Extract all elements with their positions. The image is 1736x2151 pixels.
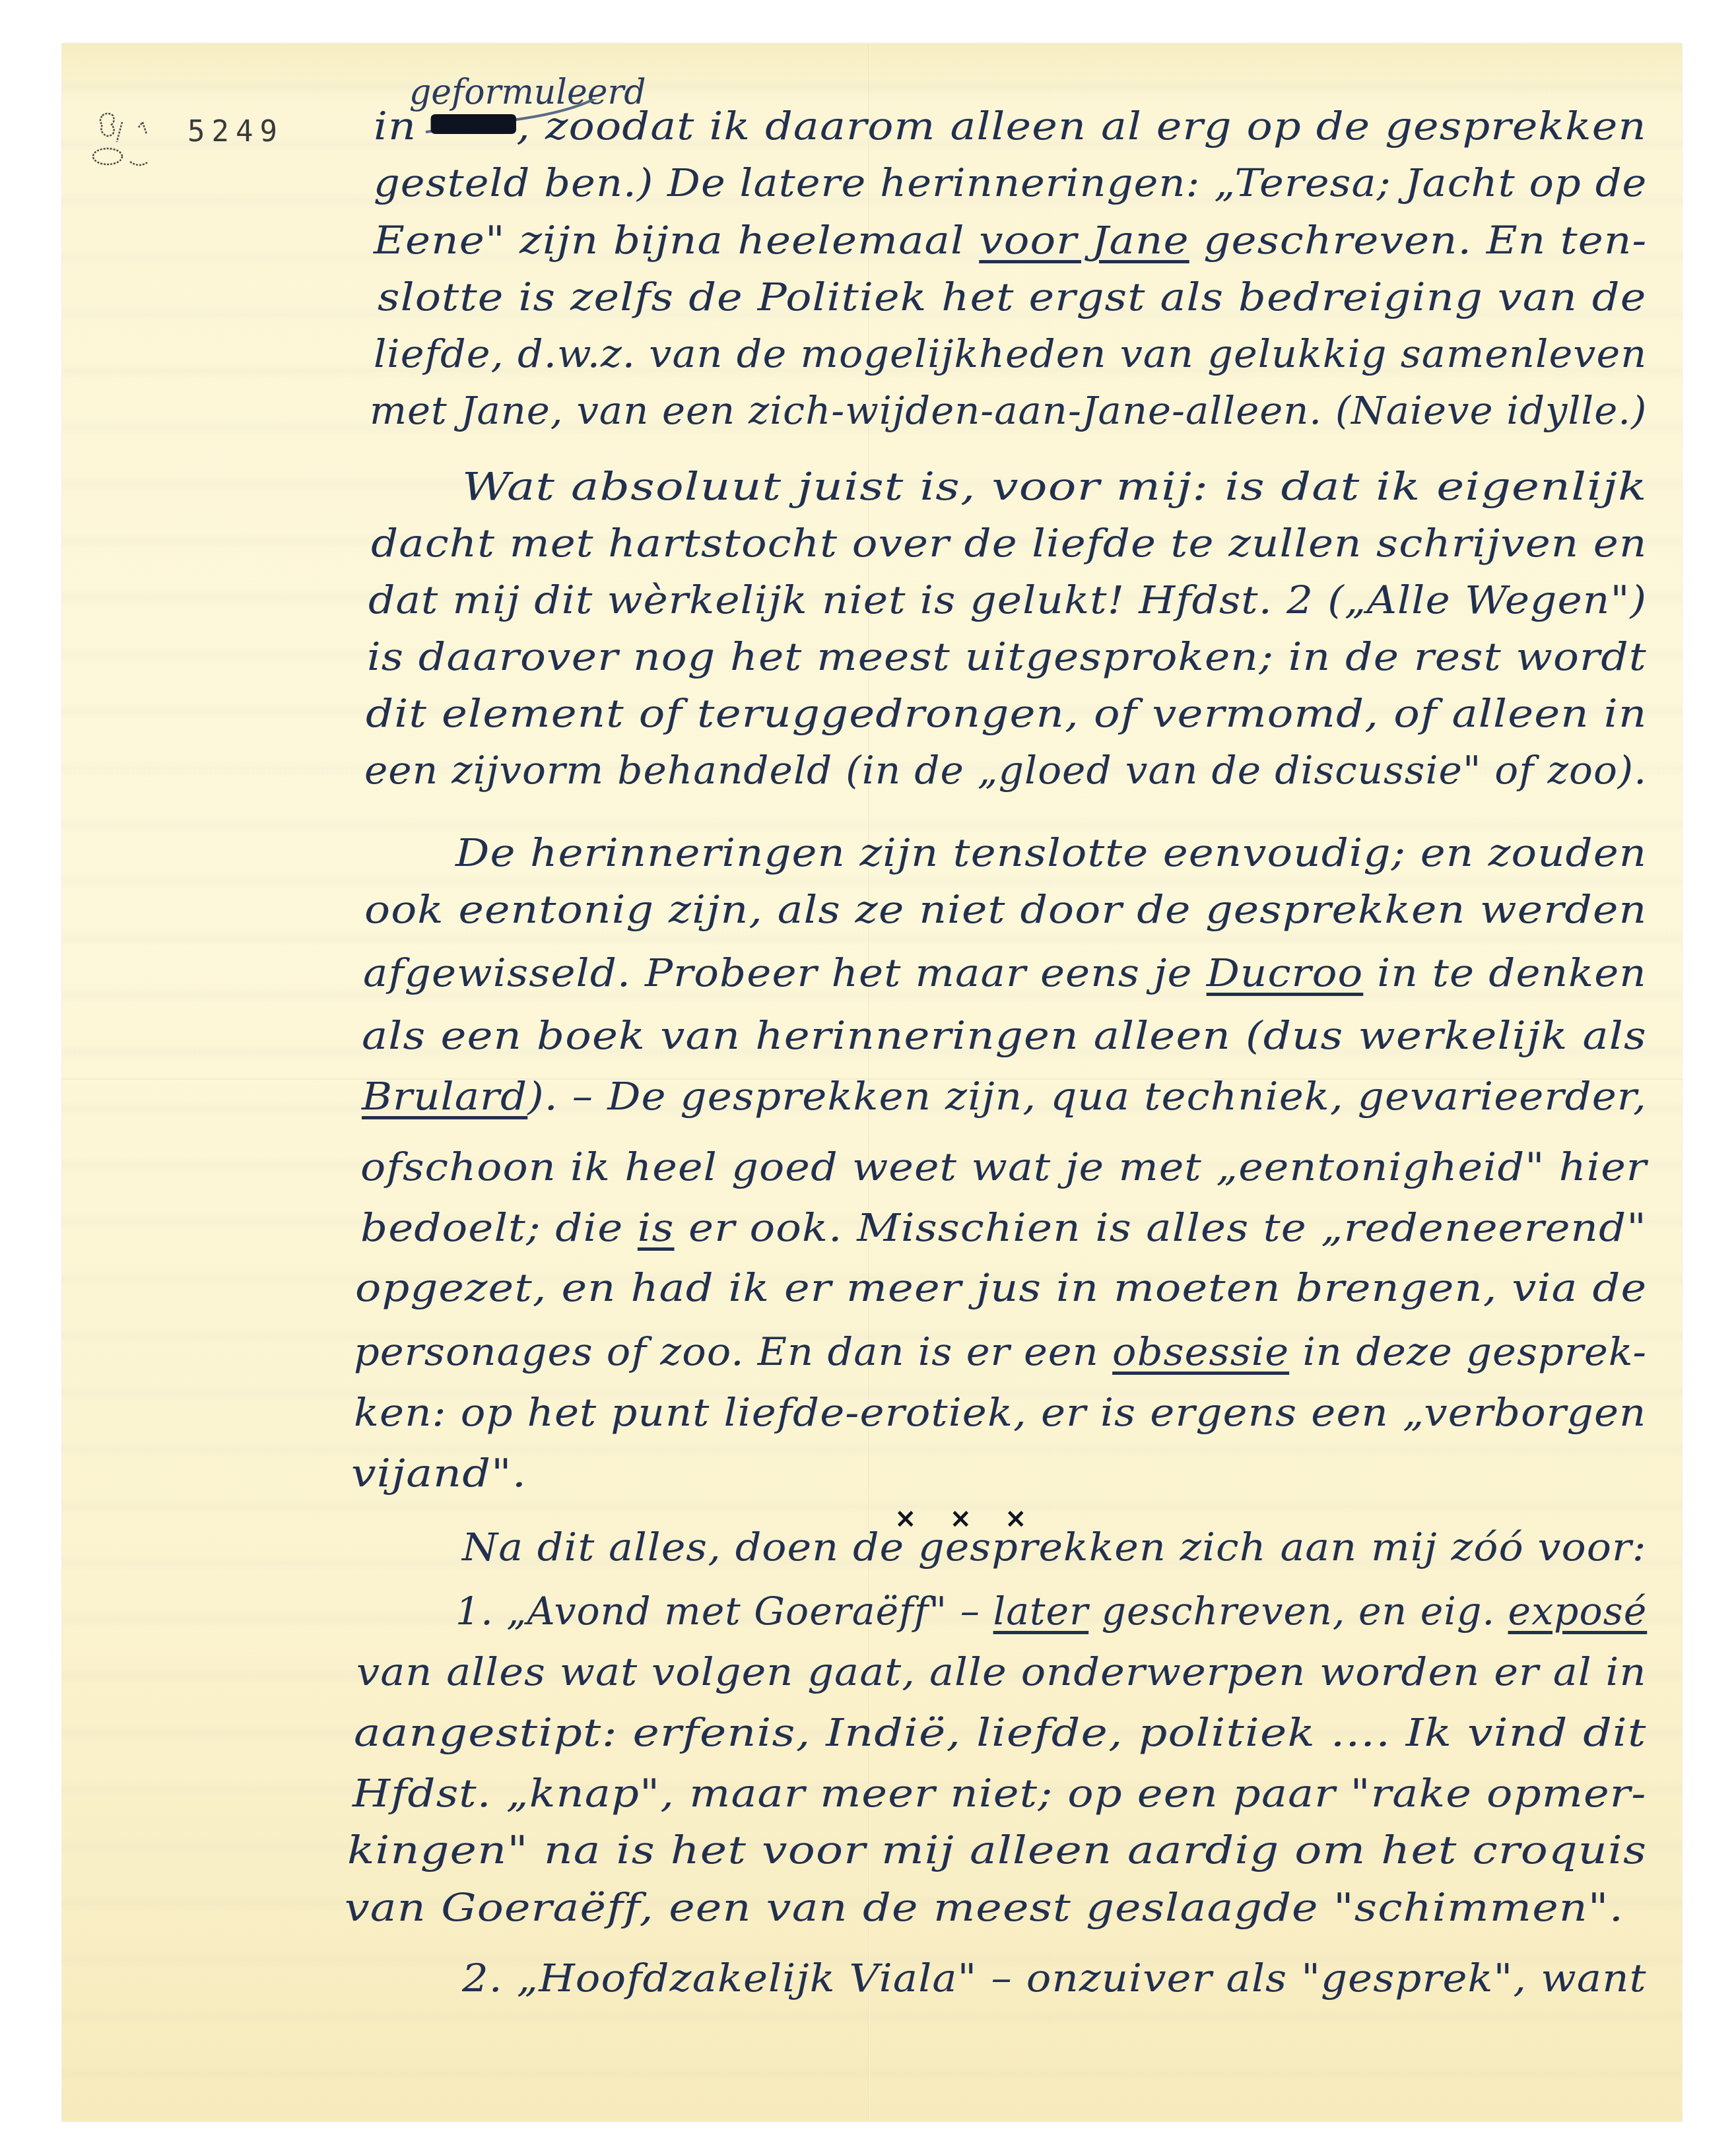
text-line-29: kingen" na is het voor mij alleen aardig…	[347, 1831, 1647, 1869]
lion-emblem-stamp-icon	[89, 109, 165, 175]
text-line-2: gesteld ben.) De latere herinneringen: „…	[374, 164, 1647, 202]
text-line-18: ofschoon ik heel goed weet wat je met „e…	[360, 1148, 1647, 1186]
text-line-30: van Goeraëff, een van de meest geslaagde…	[345, 1888, 1624, 1927]
text-line-16: als een boek van herinneringen alleen (d…	[362, 1016, 1647, 1055]
text-line-31: 2. „Hoofdzakelijk Viala" – onzuiver als …	[462, 1959, 1647, 1997]
text-line-23: vijand".	[351, 1454, 527, 1492]
text-line-3: Eene" zijn bijna heelemaal voor Jane ges…	[374, 221, 1647, 259]
text-line-13: De herinneringen zijn tenslotte eenvoudi…	[455, 834, 1647, 872]
text-line-21: personages of zoo. En dan is er een obse…	[354, 1333, 1647, 1371]
archive-number: 5249	[187, 117, 284, 147]
text-line-4: slotte is zelfs de Politiek het ergst al…	[378, 278, 1647, 316]
text-line-28: Hfdst. „knap", maar meer niet; op een pa…	[352, 1774, 1646, 1812]
text-line-24: Na dit alles, doen de gesprekken zich aa…	[462, 1528, 1647, 1566]
text-line-7: Wat absoluut juist is, voor mij: is dat …	[462, 467, 1647, 506]
text-line-26: van alles wat volgen gaat, alle onderwer…	[356, 1653, 1647, 1691]
text-line-12: een zijvorm behandeld (in de „gloed van …	[364, 751, 1647, 789]
text-line-6: met Jane, van een zich-wijden-aan-Jane-a…	[370, 391, 1647, 430]
text-line-9: dat mij dit wèrkelijk niet is gelukt! Hf…	[368, 581, 1647, 619]
text-line-1: in , zoodat ik daarom alleen al erg op d…	[374, 107, 1647, 145]
text-line-5: liefde, d.w.z. van de mogelijkheden van …	[374, 335, 1647, 373]
text-line-15: afgewisseld. Probeer het maar eens je Du…	[363, 954, 1647, 992]
text-line-20: opgezet, en had ik er meer jus in moeten…	[355, 1269, 1647, 1307]
struck-out-word	[431, 114, 516, 134]
text-line-19: bedoelt; die is er ook. Misschien is all…	[360, 1208, 1647, 1247]
text-line-25: 1. „Avond met Goeraëff" – later geschrev…	[455, 1592, 1647, 1630]
text-line-14: ook eentonig zijn, als ze niet door de g…	[364, 890, 1647, 929]
text-line-11: dit element of teruggedrongen, of vermom…	[366, 694, 1647, 733]
text-line-22: ken: op het punt liefde-erotiek, er is e…	[354, 1393, 1647, 1432]
text-line-27: aangestipt: erfenis, Indië, liefde, poli…	[354, 1713, 1646, 1752]
text-line-8: dacht met hartstocht over de liefde te z…	[371, 524, 1647, 562]
text-line-17: Brulard). – De gesprekken zijn, qua tech…	[362, 1077, 1647, 1115]
text-line-10: is daarover nog het meest uitgesproken; …	[367, 638, 1647, 676]
